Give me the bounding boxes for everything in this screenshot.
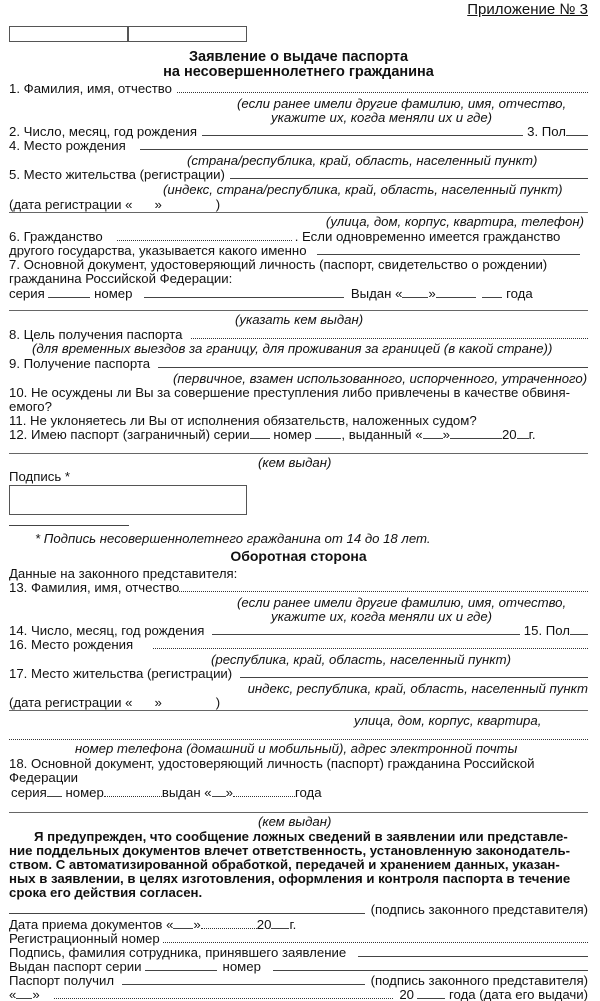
- footnote: * Подпись несовершеннолетнего гражданина…: [9, 531, 588, 546]
- accept-date-month-input[interactable]: [201, 917, 257, 929]
- field-6-line2: другого государства, указывается какого …: [9, 243, 307, 258]
- employee-signature-row: Подпись, фамилия сотрудника, принявшего …: [9, 945, 588, 960]
- field-5-input[interactable]: [230, 167, 588, 179]
- issue-date-row: «» 20 года (дата его выдачи): [9, 987, 588, 1001]
- field-18-month-input[interactable]: [233, 785, 295, 797]
- field-13-label: 13. Фамилия, имя, отчество: [9, 580, 179, 595]
- field-rep-residence: 17. Место жительства (регистрации): [9, 666, 588, 681]
- issued-series-label: Выдан паспорт серии: [9, 959, 142, 974]
- issued-number-label: номер: [223, 959, 261, 974]
- reg-number-label: Регистрационный номер: [9, 931, 160, 946]
- issue-date-tail: года (дата его выдачи): [449, 987, 588, 1001]
- field-5-reg-date: (дата регистрации «»): [9, 197, 588, 212]
- field-12-number-label: номер: [273, 427, 311, 442]
- field-7-year-input[interactable]: [482, 286, 502, 298]
- field-18-number-input[interactable]: [104, 785, 162, 797]
- field-18-number-label: номер: [65, 785, 103, 800]
- field-18-series-label: серия: [11, 785, 47, 800]
- field-1-hint-2: укажите их, когда меняли их и где): [9, 110, 588, 125]
- field-8-label: 8. Цель получения паспорта: [9, 327, 183, 342]
- field-birth-place: 4. Место рождения: [9, 138, 588, 153]
- field-residence: 5. Место жительства (регистрации): [9, 167, 588, 182]
- field-4-hint: (страна/республика, край, область, насел…: [9, 153, 588, 168]
- field-18-year-label: года: [295, 785, 322, 800]
- reg-number-row: Регистрационный номер: [9, 931, 588, 946]
- accept-date-suffix: г.: [289, 917, 296, 932]
- field-12-year-input[interactable]: [517, 427, 529, 439]
- field-18-issued-label: выдан «: [162, 785, 212, 800]
- rep-signature-input[interactable]: [9, 902, 365, 914]
- field-17-contact-line[interactable]: [9, 739, 588, 740]
- rep-signature-row: (подпись законного представителя): [9, 902, 588, 917]
- reg-number-input[interactable]: [163, 931, 588, 943]
- field-1-input[interactable]: [177, 81, 588, 93]
- field-12: 12. Имею паспорт (заграничный) серии ном…: [9, 427, 588, 442]
- field-14-label: 14. Число, месяц, год рождения: [9, 623, 204, 638]
- field-citizenship: 6. Гражданство . Если одновременно имеет…: [9, 229, 588, 244]
- field-7-issued-label: Выдан «: [351, 286, 403, 301]
- issued-passport-row: Выдан паспорт серии номер: [9, 959, 588, 974]
- field-3-label: 3. Пол: [527, 124, 566, 139]
- footnote-divider: [9, 525, 129, 526]
- field-12-century: 20: [502, 427, 517, 442]
- field-full-name: 1. Фамилия, имя, отчество: [9, 81, 588, 96]
- received-signature-label: (подпись законного представителя): [371, 973, 588, 988]
- field-receipt-type: 9. Получение паспорта: [9, 356, 588, 371]
- rep-reg-date-open: (дата регистрации «: [9, 695, 132, 710]
- accept-date-label: Дата приема документов «: [9, 917, 173, 932]
- field-7-line2: гражданина Российской Федерации:: [9, 271, 588, 286]
- employee-signature-label: Подпись, фамилия сотрудника, принявшего …: [9, 945, 346, 960]
- field-18-day-input[interactable]: [212, 785, 226, 797]
- accept-date-year-input[interactable]: [271, 917, 289, 929]
- field-18-issuer-line[interactable]: [9, 812, 588, 813]
- form-title-line2: на несовершеннолетнего гражданина: [9, 65, 588, 80]
- issue-date-open: «: [9, 987, 16, 1001]
- received-row: Паспорт получил (подпись законного предс…: [9, 973, 588, 988]
- field-7-number-input[interactable]: [144, 286, 344, 298]
- rep-reg-date-mid: »: [154, 695, 161, 710]
- field-7-number-label: номер: [94, 286, 132, 301]
- field-17-address-line[interactable]: [9, 710, 588, 711]
- field-8-input[interactable]: [191, 327, 589, 339]
- field-4-label: 4. Место рождения: [9, 138, 126, 153]
- field-10-line2: емого?: [9, 399, 588, 414]
- field-12-hint: (кем выдан): [9, 455, 588, 470]
- field-17-reg-date: (дата регистрации «»): [9, 695, 588, 710]
- accept-date-row: Дата приема документов «»20г.: [9, 917, 588, 932]
- field-12-day-input[interactable]: [423, 427, 443, 439]
- warning-line-5: срока его действия согласен.: [9, 885, 588, 900]
- field-rep-birth-date: 14. Число, месяц, год рождения 15. Пол: [9, 623, 588, 638]
- field-6-input[interactable]: [117, 229, 292, 241]
- field-18-line2: Федерации: [9, 770, 588, 785]
- field-12-issuer-line[interactable]: [9, 453, 588, 454]
- field-13-hint-2: укажите их, когда меняли их и где): [9, 609, 588, 624]
- field-18-hint: (кем выдан): [9, 814, 588, 829]
- field-other-citizenship: другого государства, указывается какого …: [9, 243, 588, 258]
- field-7-day-input[interactable]: [402, 286, 428, 298]
- received-label: Паспорт получил: [9, 973, 114, 988]
- field-rep-full-name: 13. Фамилия, имя, отчество: [9, 580, 588, 595]
- rep-signature-label: (подпись законного представителя): [371, 902, 588, 917]
- field-12-issued-label: , выданный «: [341, 427, 422, 442]
- field-1-hint-1: (если ранее имели другие фамилию, имя, о…: [9, 96, 588, 111]
- employee-signature-input[interactable]: [358, 945, 588, 957]
- field-12-number-input[interactable]: [315, 427, 341, 439]
- field-11: 11. Не уклоняетесь ли Вы от исполнения о…: [9, 413, 588, 428]
- field-9-label: 9. Получение паспорта: [9, 356, 150, 371]
- field-12-year-suffix: г.: [529, 427, 536, 442]
- warning-line-3: ством. С автоматизированной обработкой, …: [9, 857, 588, 872]
- field-rep-birth-place: 16. Место рождения: [9, 637, 588, 652]
- field-16-hint: (республика, край, область, населенный п…: [9, 652, 588, 667]
- field-17-hint-3: номер телефона (домашний и мобильный), а…: [9, 741, 588, 756]
- warning-line-1: Я предупрежден, что сообщение ложных све…: [9, 829, 588, 844]
- field-17-hint-2: улица, дом, корпус, квартира,: [9, 713, 588, 728]
- field-12-series-input[interactable]: [250, 427, 270, 439]
- field-3-input[interactable]: [566, 124, 588, 136]
- field-10-line1: 10. Не осуждены ли Вы за совершение прес…: [9, 385, 588, 400]
- field-7-issuer-line[interactable]: [9, 310, 588, 311]
- field-13-input[interactable]: [179, 580, 588, 592]
- appendix-label: Приложение № 3: [9, 2, 588, 17]
- field-18-document: серия номервыдан «»года: [9, 785, 588, 800]
- field-15-input[interactable]: [570, 623, 588, 635]
- issue-date-month-input[interactable]: [54, 987, 394, 999]
- signature-box[interactable]: [9, 485, 247, 515]
- field-18-issued-mid: »: [226, 785, 233, 800]
- field-17-hint: индекс, республика, край, область, насел…: [9, 681, 588, 696]
- issued-series-input[interactable]: [145, 959, 217, 971]
- field-6-label: 6. Гражданство: [9, 229, 103, 244]
- reg-date-mid: »: [154, 197, 161, 212]
- field-12-month-input[interactable]: [450, 427, 502, 439]
- reg-date-close: ): [216, 197, 220, 212]
- field-7-hint: (указать кем выдан): [9, 312, 588, 327]
- issue-date-century: 20: [399, 987, 414, 1001]
- field-7-document: серия номер Выдан «» года: [9, 286, 588, 301]
- field-12-label: 12. Имею паспорт (заграничный) серии: [9, 427, 250, 442]
- accept-date-mid: »: [193, 917, 200, 932]
- field-7-issued-mid: »: [428, 286, 435, 301]
- signature-label: Подпись *: [9, 469, 588, 484]
- field-8-hint: (для временных выездов за границу, для п…: [9, 341, 588, 356]
- field-17-input[interactable]: [240, 666, 588, 678]
- warning-line-4: ных в заявлении, в целях изготовления, о…: [9, 871, 588, 886]
- field-13-hint-1: (если ранее имели другие фамилию, имя, о…: [9, 595, 588, 610]
- issue-date-year-input[interactable]: [417, 987, 445, 999]
- warning-line-2: ние поддельных документов влечет ответст…: [9, 843, 588, 858]
- accept-date-day-input[interactable]: [173, 917, 193, 929]
- rep-reg-date-close: ): [216, 695, 220, 710]
- field-5-label: 5. Место жительства (регистрации): [9, 167, 225, 182]
- field-6-other-input[interactable]: [317, 243, 580, 255]
- field-17-label: 17. Место жительства (регистрации): [9, 666, 232, 681]
- field-7-series-input[interactable]: [48, 286, 90, 298]
- field-birth-date: 2. Число, месяц, год рождения 3. Пол: [9, 124, 588, 139]
- field-6-text: . Если одновременно имеется гражданство: [295, 229, 561, 244]
- field-12-issued-mid: »: [443, 427, 450, 442]
- field-14-input[interactable]: [212, 623, 519, 635]
- issue-date-day-input[interactable]: [16, 987, 32, 999]
- issue-date-mid: »: [32, 987, 39, 1001]
- code-cell-1[interactable]: [9, 26, 129, 42]
- field-4-input[interactable]: [140, 138, 588, 150]
- field-7-year-label: года: [506, 286, 533, 301]
- field-purpose: 8. Цель получения паспорта: [9, 327, 588, 342]
- field-16-input[interactable]: [153, 637, 588, 649]
- field-5-hint: (индекс, страна/республика, край, област…: [9, 182, 588, 197]
- field-5-address-line[interactable]: [9, 212, 588, 213]
- reg-date-open: (дата регистрации «: [9, 197, 132, 212]
- back-side-heading: Оборотная сторона: [9, 549, 588, 564]
- representative-intro: Данные на законного представителя:: [9, 566, 588, 581]
- field-9-input[interactable]: [158, 356, 588, 368]
- field-7-line1: 7. Основной документ, удостоверяющий лич…: [9, 257, 588, 272]
- form-title-line1: Заявление о выдаче паспорта: [9, 50, 588, 65]
- issued-number-input[interactable]: [273, 959, 588, 971]
- field-2-input[interactable]: [202, 124, 523, 136]
- field-16-label: 16. Место рождения: [9, 637, 133, 652]
- received-input[interactable]: [122, 973, 365, 985]
- field-18-series-input[interactable]: [47, 785, 62, 797]
- code-cell-2[interactable]: [127, 26, 247, 42]
- accept-date-century: 20: [257, 917, 272, 932]
- field-7-series-label: серия: [9, 286, 45, 301]
- field-9-hint: (первичное, взамен использованного, испо…: [9, 371, 588, 386]
- field-7-month-input[interactable]: [436, 286, 476, 298]
- field-1-label: 1. Фамилия, имя, отчество: [9, 81, 172, 96]
- field-2-label: 2. Число, месяц, год рождения: [9, 124, 197, 139]
- field-15-label: 15. Пол: [524, 623, 570, 638]
- field-5-hint-2: (улица, дом, корпус, квартира, телефон): [9, 214, 588, 229]
- field-18-line1: 18. Основной документ, удостоверяющий ли…: [9, 756, 588, 771]
